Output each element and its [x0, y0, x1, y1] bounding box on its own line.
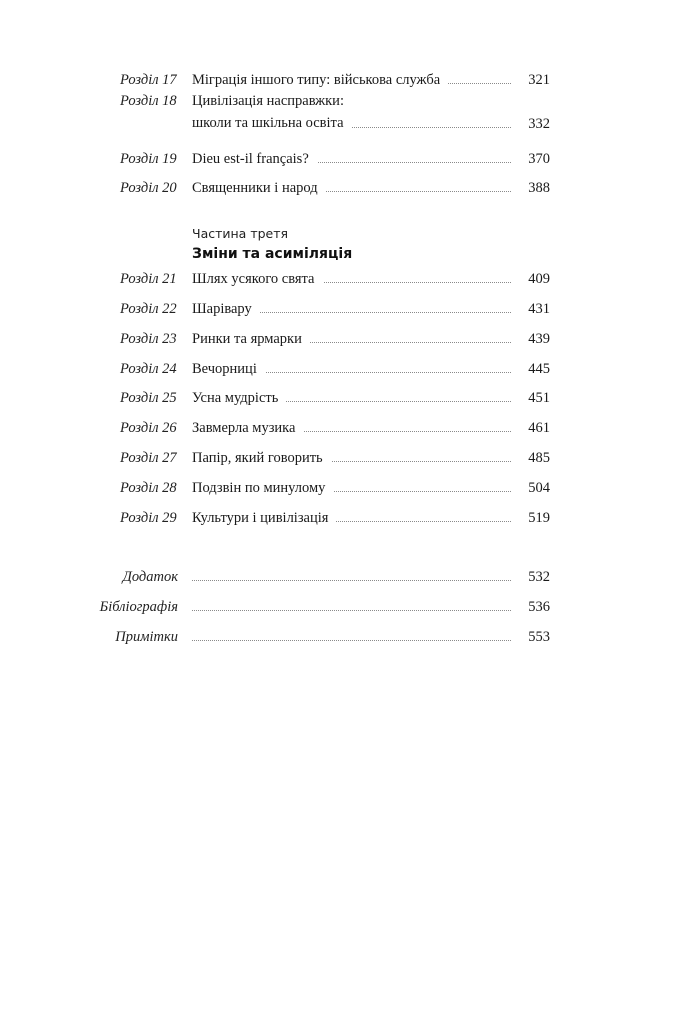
dot-leader — [192, 610, 511, 611]
chapter-title: Міграція іншого типу: військова служба — [192, 69, 448, 91]
page-number: 388 — [515, 177, 550, 199]
page-number: 445 — [515, 358, 550, 380]
page-number: 409 — [515, 268, 550, 290]
chapter-label: Розділ 22 — [120, 298, 182, 320]
toc-entry-chapter-26[interactable]: Розділ 26 Завмерла музика 461 — [0, 417, 675, 439]
chapter-title: Цивілізація насправжки: — [192, 90, 352, 112]
back-matter-label: Бібліографія — [60, 596, 178, 618]
page-number: 439 — [515, 328, 550, 350]
page-number: 532 — [515, 566, 550, 588]
toc-entry-notes[interactable]: Примітки 553 — [0, 626, 675, 648]
chapter-title: Культури і цивілізація — [192, 507, 336, 529]
toc-entry-chapter-21[interactable]: Розділ 21 Шлях усякого свята 409 — [0, 268, 675, 290]
chapter-label: Розділ 25 — [120, 387, 182, 409]
chapter-label: Розділ 24 — [120, 358, 182, 380]
chapter-title: Папір, який говорить — [192, 447, 331, 469]
part-label: Частина третя — [192, 225, 288, 243]
page-number: 536 — [515, 596, 550, 618]
chapter-label: Розділ 23 — [120, 328, 182, 350]
toc-entry-chapter-17[interactable]: Розділ 17 Міграція іншого типу: військов… — [0, 69, 675, 91]
toc-entry-chapter-25[interactable]: Розділ 25 Усна мудрість 451 — [0, 387, 675, 409]
chapter-label: Розділ 17 — [120, 69, 182, 91]
toc-entry-chapter-18[interactable]: Розділ 18 Цивілізація насправжки: школи … — [0, 90, 675, 136]
toc-entry-chapter-28[interactable]: Розділ 28 Подзвін по минулому 504 — [0, 477, 675, 499]
page-number: 461 — [515, 417, 550, 439]
chapter-label: Розділ 28 — [120, 477, 182, 499]
back-matter-label: Додаток — [60, 566, 178, 588]
page-number: 451 — [515, 387, 550, 409]
chapter-title: Шарівару — [192, 298, 260, 320]
toc-entry-chapter-27[interactable]: Розділ 27 Папір, який говорить 485 — [0, 447, 675, 469]
toc-entry-chapter-24[interactable]: Розділ 24 Вечорниці 445 — [0, 358, 675, 380]
dot-leader — [192, 640, 511, 641]
chapter-title: Шлях усякого свята — [192, 268, 323, 290]
chapter-label: Розділ 26 — [120, 417, 182, 439]
chapter-title: Dieu est-il français? — [192, 148, 317, 170]
toc-entry-chapter-20[interactable]: Розділ 20 Священники і народ 388 — [0, 177, 675, 199]
chapter-label: Розділ 29 — [120, 507, 182, 529]
toc-entry-bibliography[interactable]: Бібліографія 536 — [0, 596, 675, 618]
dot-leader — [192, 580, 511, 581]
chapter-title: Усна мудрість — [192, 387, 286, 409]
toc-entry-chapter-19[interactable]: Розділ 19 Dieu est-il français? 370 — [0, 148, 675, 170]
chapter-title: Священники і народ — [192, 177, 326, 199]
toc-entry-appendix[interactable]: Додаток 532 — [0, 566, 675, 588]
part-title[interactable]: Зміни та асиміляція — [192, 244, 352, 264]
chapter-title-line2: школи та шкільна освіта — [192, 112, 352, 134]
chapter-title: Подзвін по минулому — [192, 477, 333, 499]
page-number: 370 — [515, 148, 550, 170]
chapter-label: Розділ 20 — [120, 177, 182, 199]
chapter-label: Розділ 21 — [120, 268, 182, 290]
chapter-label: Розділ 19 — [120, 148, 182, 170]
page-number: 553 — [515, 626, 550, 648]
chapter-label: Розділ 18 — [120, 90, 182, 112]
toc-entry-chapter-22[interactable]: Розділ 22 Шарівару 431 — [0, 298, 675, 320]
chapter-title: Ринки та ярмарки — [192, 328, 310, 350]
page-number: 504 — [515, 477, 550, 499]
back-matter-label: Примітки — [60, 626, 178, 648]
chapter-label: Розділ 27 — [120, 447, 182, 469]
toc-entry-chapter-23[interactable]: Розділ 23 Ринки та ярмарки 439 — [0, 328, 675, 350]
page-number: 332 — [515, 113, 550, 135]
chapter-title: Вечорниці — [192, 358, 265, 380]
toc-entry-chapter-29[interactable]: Розділ 29 Культури і цивілізація 519 — [0, 507, 675, 529]
page-number: 519 — [515, 507, 550, 529]
page-number: 485 — [515, 447, 550, 469]
page-number: 431 — [515, 298, 550, 320]
page-number: 321 — [515, 69, 550, 91]
chapter-title: Завмерла музика — [192, 417, 303, 439]
